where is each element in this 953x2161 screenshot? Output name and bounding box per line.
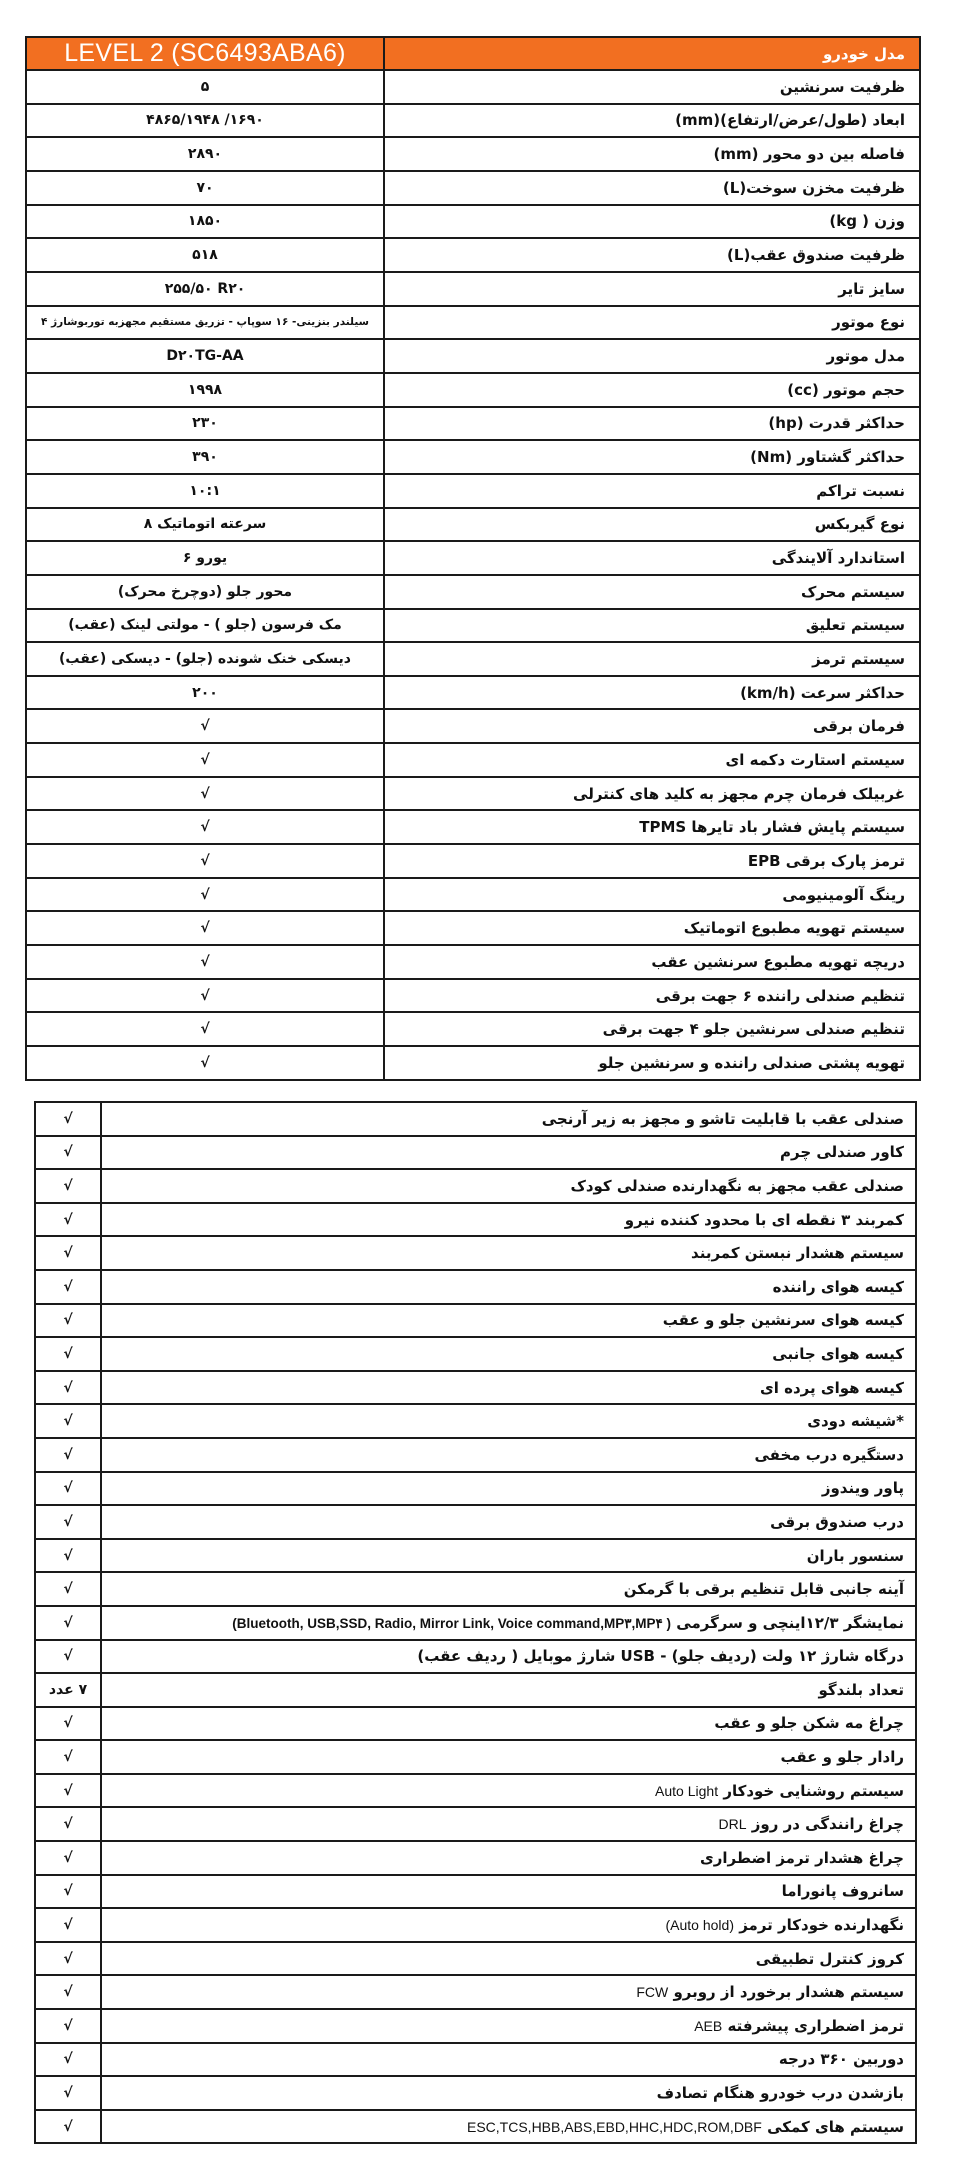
spec-value: D۲۰TG-AA bbox=[26, 339, 384, 373]
checkmark-icon: √ bbox=[26, 709, 384, 743]
spec-value: ۱۹۹۸ bbox=[26, 373, 384, 407]
table-row: √تنظیم صندلی سرنشین جلو ۴ جهت برقی bbox=[26, 1012, 920, 1046]
spec-label: حداکثر گشتاور (Nm) bbox=[384, 440, 920, 474]
spec-label: رینگ آلومینیومی bbox=[384, 878, 920, 912]
spec-label: سیستم محرک bbox=[384, 575, 920, 609]
checkmark-icon: √ bbox=[35, 1472, 101, 1506]
table-row: √غربیلک فرمان چرم مجهز به کلید های کنترل… bbox=[26, 777, 920, 811]
feature-label: دستگیره درب مخفی bbox=[101, 1438, 916, 1472]
feature-label-text: درب صندوق برقی bbox=[770, 1513, 904, 1531]
spec-label: سیستم تعلیق bbox=[384, 609, 920, 643]
feature-label-latin: DRL bbox=[719, 1816, 747, 1832]
spec-label: حجم موتور (cc) bbox=[384, 373, 920, 407]
checkmark-icon: √ bbox=[35, 2043, 101, 2077]
table-row: √سنسور باران bbox=[35, 1539, 916, 1573]
feature-label: درگاه شارژ ۱۲ ولت (ردیف جلو) - USB شارژ … bbox=[101, 1640, 916, 1674]
spec-label: فرمان برقی bbox=[384, 709, 920, 743]
table-row: √کیسه هوای راننده bbox=[35, 1270, 916, 1304]
feature-label-text: سنسور باران bbox=[807, 1547, 904, 1565]
checkmark-icon: √ bbox=[35, 2076, 101, 2110]
table-row: √سیستم استارت دکمه ای bbox=[26, 743, 920, 777]
feature-label-text: درگاه شارژ ۱۲ ولت (ردیف جلو) - USB شارژ … bbox=[417, 1647, 904, 1665]
spec-label: فاصله بین دو محور (mm) bbox=[384, 137, 920, 171]
feature-label-text: بازشدن درب خودرو هنگام تصادف bbox=[657, 2084, 904, 2102]
table-row: √رادار جلو و عقب bbox=[35, 1740, 916, 1774]
spec-label: سیستم پایش فشار باد تایرها TPMS bbox=[384, 810, 920, 844]
table-row: √سانروف پانوراما bbox=[35, 1875, 916, 1909]
feature-label-latin: (Bluetooth, USB,SSD, Radio, Mirror Link,… bbox=[232, 1616, 671, 1631]
feature-label-text: دوربین ۳۶۰ درجه bbox=[779, 2050, 904, 2068]
feature-label-latin: Auto Light bbox=[655, 1783, 718, 1799]
table-row: √صندلی عقب با قابلیت تاشو و مجهز به زیر … bbox=[35, 1102, 916, 1136]
checkmark-icon: √ bbox=[26, 844, 384, 878]
feature-label: چراغ مه شکن جلو و عقب bbox=[101, 1707, 916, 1741]
feature-label-text: سیستم هشدار برخورد از روبرو bbox=[673, 1983, 904, 2001]
table-row: √درب صندوق برقی bbox=[35, 1505, 916, 1539]
table-row: ۴۸۶۵/۱۹۴۸ /۱۶۹۰ابعاد (طول/عرض/ارتفاع)(mm… bbox=[26, 104, 920, 138]
spec-label: سایز تایر bbox=[384, 272, 920, 306]
feature-label: کمربند ۳ نقطه ای با محدود کننده نیرو bbox=[101, 1203, 916, 1237]
feature-label-text: آینه جانبی قابل تنظیم برقی با گرمکن bbox=[624, 1580, 904, 1598]
feature-label-text: نگهدارنده خودکار ترمز bbox=[739, 1916, 904, 1934]
spec-value: ۳۹۰ bbox=[26, 440, 384, 474]
checkmark-icon: √ bbox=[35, 1606, 101, 1640]
table-row: √چراغ هشدار ترمز اضطراری bbox=[35, 1841, 916, 1875]
spec-label: نوع گیربکس bbox=[384, 508, 920, 542]
feature-label-latin: AEB bbox=[694, 2018, 722, 2034]
checkmark-icon: √ bbox=[35, 1169, 101, 1203]
table-header-row: LEVEL 2 (SC6493ABA6) مدل خودرو bbox=[26, 37, 920, 70]
table-row: √تنظیم صندلی راننده ۶ جهت برقی bbox=[26, 979, 920, 1013]
table-row: √بازشدن درب خودرو هنگام تصادف bbox=[35, 2076, 916, 2110]
spec-label: ترمز پارک برقی EPB bbox=[384, 844, 920, 878]
feature-label-text: سیستم روشنایی خودکار bbox=[723, 1782, 904, 1800]
feature-label: رادار جلو و عقب bbox=[101, 1740, 916, 1774]
table-row: ۵ظرفیت سرنشین bbox=[26, 70, 920, 104]
feature-label: پاور ویندوز bbox=[101, 1472, 916, 1506]
feature-label: سنسور باران bbox=[101, 1539, 916, 1573]
table-row: √ترمز پارک برقی EPB bbox=[26, 844, 920, 878]
table-row: ۱۸۵۰وزن ( kg) bbox=[26, 205, 920, 239]
feature-label-text: سانروف پانوراما bbox=[782, 1882, 904, 1900]
checkmark-icon: √ bbox=[26, 979, 384, 1013]
spec-value: ۱۰:۱ bbox=[26, 474, 384, 508]
table-row: ۲۸۹۰فاصله بین دو محور (mm) bbox=[26, 137, 920, 171]
table-row: √سیستم پایش فشار باد تایرها TPMS bbox=[26, 810, 920, 844]
spec-label: نسبت تراکم bbox=[384, 474, 920, 508]
table-row: √سیستم های کمکی ESC,TCS,HBB,ABS,EBD,HHC,… bbox=[35, 2110, 916, 2144]
checkmark-icon: √ bbox=[35, 1908, 101, 1942]
table-row: ۸ سرعته اتوماتیکنوع گیربکس bbox=[26, 508, 920, 542]
checkmark-icon: √ bbox=[26, 1012, 384, 1046]
checkmark-icon: √ bbox=[35, 1572, 101, 1606]
feature-label: دوربین ۳۶۰ درجه bbox=[101, 2043, 916, 2077]
checkmark-icon: √ bbox=[35, 1371, 101, 1405]
feature-label: کروز کنترل تطبیقی bbox=[101, 1942, 916, 1976]
spec-label: مدل موتور bbox=[384, 339, 920, 373]
feature-label-text: پاور ویندوز bbox=[822, 1479, 904, 1497]
feature-label-text: چراغ هشدار ترمز اضطراری bbox=[700, 1849, 904, 1867]
checkmark-icon: √ bbox=[26, 743, 384, 777]
table-row: √سیستم روشنایی خودکار Auto Light bbox=[35, 1774, 916, 1808]
feature-label: نگهدارنده خودکار ترمز (Auto hold) bbox=[101, 1908, 916, 1942]
table-row: √فرمان برقی bbox=[26, 709, 920, 743]
table-row: √دستگیره درب مخفی bbox=[35, 1438, 916, 1472]
checkmark-icon: √ bbox=[35, 1975, 101, 2009]
table-row: ۲۳۰حداکثر قدرت (hp) bbox=[26, 407, 920, 441]
feature-label: آینه جانبی قابل تنظیم برقی با گرمکن bbox=[101, 1572, 916, 1606]
spec-value: مک فرسون (جلو ) - مولتی لینک (عقب) bbox=[26, 609, 384, 643]
spec-value: ۸ سرعته اتوماتیک bbox=[26, 508, 384, 542]
feature-label: چراغ رانندگی در روز DRL bbox=[101, 1807, 916, 1841]
spec-label: سیستم تهویه مطبوع اتوماتیک bbox=[384, 911, 920, 945]
table-row: ۱۹۹۸حجم موتور (cc) bbox=[26, 373, 920, 407]
feature-label: سیستم روشنایی خودکار Auto Light bbox=[101, 1774, 916, 1808]
feature-label-text: تعداد بلندگو bbox=[819, 1681, 905, 1699]
spec-value: ۲۰۰ bbox=[26, 676, 384, 710]
spec-value: ۴ سیلندر بنزینی- ۱۶ سوپاپ - تزریق مستقیم… bbox=[26, 306, 384, 340]
checkmark-icon: √ bbox=[35, 1875, 101, 1909]
feature-label-text: رادار جلو و عقب bbox=[780, 1748, 904, 1766]
spec-label: حداکثر قدرت (hp) bbox=[384, 407, 920, 441]
spec-label: غربیلک فرمان چرم مجهز به کلید های کنترلی bbox=[384, 777, 920, 811]
table-row: √رینگ آلومینیومی bbox=[26, 878, 920, 912]
feature-label: بازشدن درب خودرو هنگام تصادف bbox=[101, 2076, 916, 2110]
checkmark-icon: √ bbox=[35, 1707, 101, 1741]
feature-label-text: چراغ رانندگی در روز bbox=[752, 1815, 904, 1833]
table-row: ۳۹۰حداکثر گشتاور (Nm) bbox=[26, 440, 920, 474]
table-row: √سیستم هشدار نبستن کمربند bbox=[35, 1236, 916, 1270]
spec-label: ظرفیت مخزن سوخت(L) bbox=[384, 171, 920, 205]
spec-label: ظرفیت سرنشین bbox=[384, 70, 920, 104]
spec-value: ۵۱۸ bbox=[26, 238, 384, 272]
checkmark-icon: √ bbox=[35, 1404, 101, 1438]
feature-label-text: کروز کنترل تطبیقی bbox=[756, 1950, 904, 1968]
feature-label-latin: FCW bbox=[636, 1984, 668, 2000]
checkmark-icon: √ bbox=[35, 1539, 101, 1573]
spec-value: دیسکی خنک شونده (جلو) - دیسکی (عقب) bbox=[26, 642, 384, 676]
checkmark-icon: √ bbox=[26, 810, 384, 844]
checkmark-icon: √ bbox=[35, 1807, 101, 1841]
table-row: دیسکی خنک شونده (جلو) - دیسکی (عقب)سیستم… bbox=[26, 642, 920, 676]
feature-label: *شیشه دودی bbox=[101, 1404, 916, 1438]
checkmark-icon: √ bbox=[26, 777, 384, 811]
spec-label: وزن ( kg) bbox=[384, 205, 920, 239]
table-row: √درگاه شارژ ۱۲ ولت (ردیف جلو) - USB شارژ… bbox=[35, 1640, 916, 1674]
feature-label-text: دستگیره درب مخفی bbox=[754, 1446, 904, 1464]
table-row: ۴ سیلندر بنزینی- ۱۶ سوپاپ - تزریق مستقیم… bbox=[26, 306, 920, 340]
features-table: √صندلی عقب با قابلیت تاشو و مجهز به زیر … bbox=[34, 1101, 917, 2144]
table-row: √چراغ مه شکن جلو و عقب bbox=[35, 1707, 916, 1741]
spec-label: ظرفیت صندوق عقب(L) bbox=[384, 238, 920, 272]
table-row: √کاور صندلی چرم bbox=[35, 1136, 916, 1170]
spec-value: محور جلو (دوچرخ محرک) bbox=[26, 575, 384, 609]
feature-label-text: کیسه هوای پرده ای bbox=[760, 1379, 904, 1397]
feature-label-latin: (Auto hold) bbox=[666, 1917, 734, 1933]
table-row: محور جلو (دوچرخ محرک)سیستم محرک bbox=[26, 575, 920, 609]
table-row: ۱۰:۱نسبت تراکم bbox=[26, 474, 920, 508]
table-row: √ترمز اضطراری پیشرفته AEB bbox=[35, 2009, 916, 2043]
spec-value: ۴۸۶۵/۱۹۴۸ /۱۶۹۰ bbox=[26, 104, 384, 138]
table-row: √کروز کنترل تطبیقی bbox=[35, 1942, 916, 1976]
model-value: LEVEL 2 (SC6493ABA6) bbox=[26, 37, 384, 70]
spec-value: یورو ۶ bbox=[26, 541, 384, 575]
feature-label-text: سیستم هشدار نبستن کمربند bbox=[691, 1244, 904, 1262]
spec-label: ابعاد (طول/عرض/ارتفاع)(mm) bbox=[384, 104, 920, 138]
table-row: √کمربند ۳ نقطه ای با محدود کننده نیرو bbox=[35, 1203, 916, 1237]
table-row: ۵۱۸ظرفیت صندوق عقب(L) bbox=[26, 238, 920, 272]
specifications-table: LEVEL 2 (SC6493ABA6) مدل خودرو ۵ظرفیت سر… bbox=[25, 36, 921, 1081]
feature-label-text: کاور صندلی چرم bbox=[780, 1143, 904, 1161]
feature-label-text: ترمز اضطراری پیشرفته bbox=[727, 2017, 904, 2035]
table-row: ۲۵۵/۵۰ R۲۰سایز تایر bbox=[26, 272, 920, 306]
feature-label-latin: ESC,TCS,HBB,ABS,EBD,HHC,HDC,ROM,DBF bbox=[467, 2119, 762, 2135]
feature-label: صندلی عقب با قابلیت تاشو و مجهز به زیر آ… bbox=[101, 1102, 916, 1136]
table-row: √دریچه تهویه مطبوع سرنشین عقب bbox=[26, 945, 920, 979]
feature-label: کیسه هوای سرنشین جلو و عقب bbox=[101, 1304, 916, 1338]
table-row: √آینه جانبی قابل تنظیم برقی با گرمکن bbox=[35, 1572, 916, 1606]
table-row: √پاور ویندوز bbox=[35, 1472, 916, 1506]
table-row: √کیسه هوای پرده ای bbox=[35, 1371, 916, 1405]
spec-label: دریچه تهویه مطبوع سرنشین عقب bbox=[384, 945, 920, 979]
feature-label: ترمز اضطراری پیشرفته AEB bbox=[101, 2009, 916, 2043]
feature-label: نمایشگر ۱۲/۳اینچی و سرگرمی (Bluetooth, U… bbox=[101, 1606, 916, 1640]
spec-value: ۲۳۰ bbox=[26, 407, 384, 441]
feature-label-text: *شیشه دودی bbox=[807, 1412, 904, 1430]
checkmark-icon: √ bbox=[35, 2110, 101, 2144]
spec-label: استاندارد آلایندگی bbox=[384, 541, 920, 575]
table-row: √نگهدارنده خودکار ترمز (Auto hold) bbox=[35, 1908, 916, 1942]
checkmark-icon: √ bbox=[35, 1841, 101, 1875]
checkmark-icon: √ bbox=[35, 2009, 101, 2043]
table-row: √سیستم تهویه مطبوع اتوماتیک bbox=[26, 911, 920, 945]
checkmark-icon: √ bbox=[26, 1046, 384, 1080]
table-row: √نمایشگر ۱۲/۳اینچی و سرگرمی (Bluetooth, … bbox=[35, 1606, 916, 1640]
spec-value: ۷۰ bbox=[26, 171, 384, 205]
model-label: مدل خودرو bbox=[384, 37, 920, 70]
feature-label: تعداد بلندگو bbox=[101, 1673, 916, 1707]
checkmark-icon: √ bbox=[35, 1740, 101, 1774]
spec-value: ۵ bbox=[26, 70, 384, 104]
feature-label-text: کیسه هوای سرنشین جلو و عقب bbox=[663, 1311, 904, 1329]
table-row: ۲۰۰حداکثر سرعت (km/h) bbox=[26, 676, 920, 710]
spec-label: تنظیم صندلی راننده ۶ جهت برقی bbox=[384, 979, 920, 1013]
checkmark-icon: √ bbox=[35, 1942, 101, 1976]
table-row: √کیسه هوای جانبی bbox=[35, 1337, 916, 1371]
table-row: یورو ۶استاندارد آلایندگی bbox=[26, 541, 920, 575]
feature-label-text: چراغ مه شکن جلو و عقب bbox=[714, 1714, 904, 1732]
feature-label: کیسه هوای جانبی bbox=[101, 1337, 916, 1371]
table-row: √صندلی عقب مجهز به نگهدارنده صندلی کودک bbox=[35, 1169, 916, 1203]
feature-label-text: کیسه هوای جانبی bbox=[772, 1345, 904, 1363]
checkmark-icon: √ bbox=[35, 1505, 101, 1539]
feature-label: سیستم هشدار برخورد از روبرو FCW bbox=[101, 1975, 916, 2009]
table-row: √چراغ رانندگی در روز DRL bbox=[35, 1807, 916, 1841]
spec-value: ۲۵۵/۵۰ R۲۰ bbox=[26, 272, 384, 306]
spec-value: ۲۸۹۰ bbox=[26, 137, 384, 171]
feature-label-text: کیسه هوای راننده bbox=[773, 1278, 904, 1296]
feature-label: سیستم هشدار نبستن کمربند bbox=[101, 1236, 916, 1270]
feature-label: چراغ هشدار ترمز اضطراری bbox=[101, 1841, 916, 1875]
checkmark-icon: √ bbox=[35, 1102, 101, 1136]
checkmark-icon: √ bbox=[35, 1774, 101, 1808]
checkmark-icon: √ bbox=[35, 1304, 101, 1338]
table-row: ۷ عددتعداد بلندگو bbox=[35, 1673, 916, 1707]
spec-label: سیستم استارت دکمه ای bbox=[384, 743, 920, 777]
feature-label: صندلی عقب مجهز به نگهدارنده صندلی کودک bbox=[101, 1169, 916, 1203]
checkmark-icon: √ bbox=[26, 878, 384, 912]
table-row: √دوربین ۳۶۰ درجه bbox=[35, 2043, 916, 2077]
feature-label-text: سیستم های کمکی bbox=[767, 2118, 904, 2136]
spec-value: ۱۸۵۰ bbox=[26, 205, 384, 239]
spec-label: سیستم ترمز bbox=[384, 642, 920, 676]
feature-label-text: صندلی عقب با قابلیت تاشو و مجهز به زیر آ… bbox=[542, 1110, 904, 1128]
checkmark-icon: √ bbox=[35, 1270, 101, 1304]
checkmark-icon: √ bbox=[35, 1236, 101, 1270]
feature-label: سانروف پانوراما bbox=[101, 1875, 916, 1909]
checkmark-icon: √ bbox=[35, 1438, 101, 1472]
table-row: √*شیشه دودی bbox=[35, 1404, 916, 1438]
spec-label: تنظیم صندلی سرنشین جلو ۴ جهت برقی bbox=[384, 1012, 920, 1046]
table-row: ۷۰ظرفیت مخزن سوخت(L) bbox=[26, 171, 920, 205]
spec-label: حداکثر سرعت (km/h) bbox=[384, 676, 920, 710]
checkmark-icon: √ bbox=[26, 911, 384, 945]
feature-label: کیسه هوای راننده bbox=[101, 1270, 916, 1304]
checkmark-icon: √ bbox=[35, 1136, 101, 1170]
feature-label-text: نمایشگر ۱۲/۳اینچی و سرگرمی bbox=[676, 1614, 904, 1632]
checkmark-icon: √ bbox=[35, 1203, 101, 1237]
table-row: مک فرسون (جلو ) - مولتی لینک (عقب)سیستم … bbox=[26, 609, 920, 643]
feature-label-text: صندلی عقب مجهز به نگهدارنده صندلی کودک bbox=[570, 1177, 904, 1195]
spec-label: نوع موتور bbox=[384, 306, 920, 340]
checkmark-icon: √ bbox=[35, 1337, 101, 1371]
table-row: √کیسه هوای سرنشین جلو و عقب bbox=[35, 1304, 916, 1338]
table-row: √تهویه پشتی صندلی راننده و سرنشین جلو bbox=[26, 1046, 920, 1080]
feature-label: کیسه هوای پرده ای bbox=[101, 1371, 916, 1405]
feature-label-text: کمربند ۳ نقطه ای با محدود کننده نیرو bbox=[625, 1211, 904, 1229]
spec-label: تهویه پشتی صندلی راننده و سرنشین جلو bbox=[384, 1046, 920, 1080]
feature-value: ۷ عدد bbox=[35, 1673, 101, 1707]
feature-label: درب صندوق برقی bbox=[101, 1505, 916, 1539]
checkmark-icon: √ bbox=[26, 945, 384, 979]
feature-label: کاور صندلی چرم bbox=[101, 1136, 916, 1170]
table-row: √سیستم هشدار برخورد از روبرو FCW bbox=[35, 1975, 916, 2009]
checkmark-icon: √ bbox=[35, 1640, 101, 1674]
table-row: D۲۰TG-AAمدل موتور bbox=[26, 339, 920, 373]
feature-label: سیستم های کمکی ESC,TCS,HBB,ABS,EBD,HHC,H… bbox=[101, 2110, 916, 2144]
